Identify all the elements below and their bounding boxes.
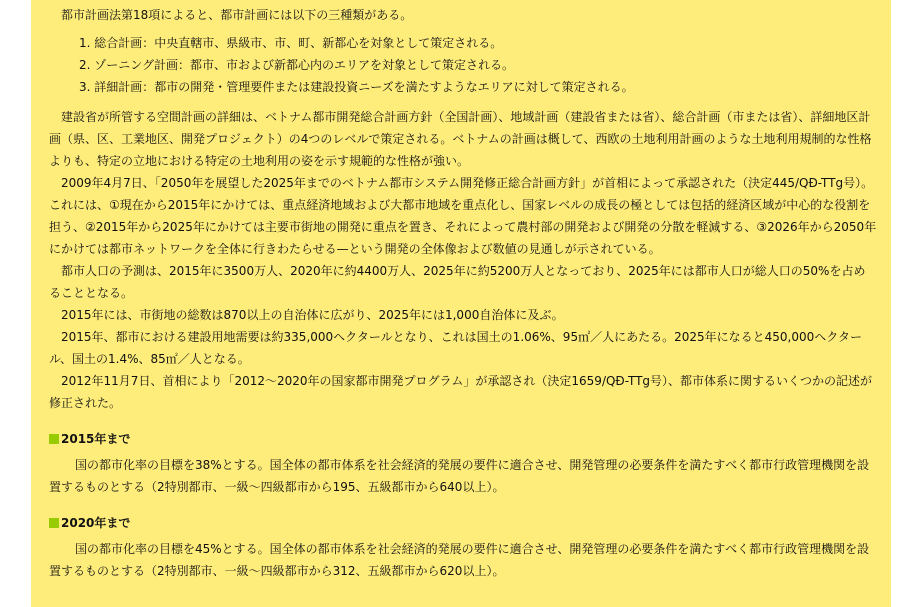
list-item: 3. 詳細計画：都市の開発・管理要件または建設投資ニーズを満たすようなエリアに対… bbox=[79, 76, 877, 98]
square-bullet-icon bbox=[49, 518, 59, 528]
square-bullet-icon bbox=[49, 434, 59, 444]
heading-label: 2020年まで bbox=[61, 512, 130, 534]
section-heading-2015: 2015年まで bbox=[49, 428, 877, 450]
content-panel: 都市計画法第18項によると、都市計画には以下の三種類がある。 1. 総合計画：中… bbox=[31, 0, 891, 607]
goal-text-2020: 国の都市化率の目標を45%とする。国全体の都市体系を社会経済的発展の要件に適合さ… bbox=[49, 538, 877, 582]
paragraph-2009-approval: 2009年4月7日、「2050年を展望した2025年までのベトナム都市システム開… bbox=[49, 172, 877, 260]
list-item: 2. ゾーニング計画：都市、市および新都心内のエリアを対象として策定される。 bbox=[79, 54, 877, 76]
paragraph-land-demand: 2015年、都市における建設用地需要は約335,000ヘクタールとなり、これは国… bbox=[49, 326, 877, 370]
list-item: 1. 総合計画：中央直轄市、県級市、市、町、新都心を対象として策定される。 bbox=[79, 32, 877, 54]
paragraph-population-forecast: 都市人口の予測は、2015年に3500万人、2020年に約4400万人、2025… bbox=[49, 260, 877, 304]
paragraph-2012-program: 2012年11月7日、首相により「2012～2020年の国家都市開発プログラム」… bbox=[49, 370, 877, 414]
paragraph-spatial-planning: 建設省が所管する空間計画の詳細は、ベトナム都市開発総合計画方針（全国計画）、地域… bbox=[49, 106, 877, 172]
plan-types-list: 1. 総合計画：中央直轄市、県級市、市、町、新都心を対象として策定される。 2.… bbox=[79, 32, 877, 98]
heading-label: 2015年まで bbox=[61, 428, 130, 450]
paragraph-urban-areas: 2015年には、市街地の総数は870以上の自治体に広がり、2025年には1,00… bbox=[49, 304, 877, 326]
section-heading-2020: 2020年まで bbox=[49, 512, 877, 534]
goal-text-2015: 国の都市化率の目標を38%とする。国全体の都市体系を社会経済的発展の要件に適合さ… bbox=[49, 454, 877, 498]
intro-text: 都市計画法第18項によると、都市計画には以下の三種類がある。 bbox=[61, 4, 877, 26]
